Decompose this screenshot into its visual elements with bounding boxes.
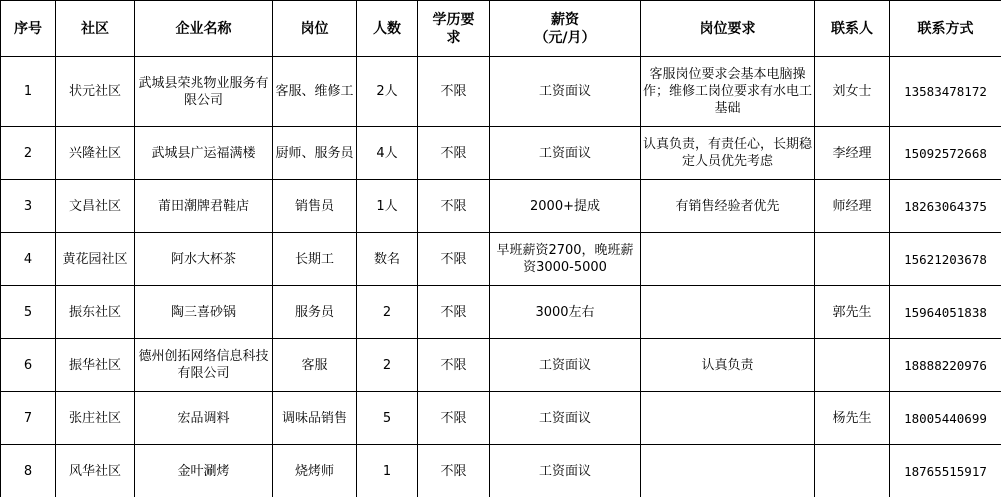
- cell-position: 销售员: [273, 180, 357, 233]
- cell-no: 8: [1, 445, 56, 497]
- cell-count: 2人: [357, 57, 418, 127]
- cell-position: 长期工: [273, 233, 357, 286]
- cell-requirements: [641, 233, 815, 286]
- cell-education: 不限: [418, 339, 490, 392]
- table-row: 8 风华社区 金叶涮烤 烧烤师 1 不限 工资面议 18765515917: [1, 445, 1001, 497]
- cell-no: 3: [1, 180, 56, 233]
- cell-phone: 13583478172: [890, 57, 1001, 127]
- cell-count: 数名: [357, 233, 418, 286]
- cell-education: 不限: [418, 233, 490, 286]
- cell-count: 5: [357, 392, 418, 445]
- cell-education: 不限: [418, 392, 490, 445]
- header-phone: 联系方式: [890, 1, 1001, 57]
- cell-phone: 15621203678: [890, 233, 1001, 286]
- header-position: 岗位: [273, 1, 357, 57]
- header-salary-unit: （元/月）: [492, 29, 638, 47]
- cell-contact: 杨先生: [815, 392, 890, 445]
- cell-no: 6: [1, 339, 56, 392]
- cell-community: 振华社区: [56, 339, 135, 392]
- cell-position: 客服、维修工: [273, 57, 357, 127]
- cell-company: 宏品调料: [135, 392, 273, 445]
- cell-salary: 3000左右: [490, 286, 641, 339]
- cell-requirements: [641, 445, 815, 497]
- cell-count: 4人: [357, 127, 418, 180]
- cell-contact: [815, 233, 890, 286]
- cell-salary: 工资面议: [490, 127, 641, 180]
- cell-no: 2: [1, 127, 56, 180]
- cell-no: 4: [1, 233, 56, 286]
- cell-company: 莆田潮牌君鞋店: [135, 180, 273, 233]
- cell-phone: 18888220976: [890, 339, 1001, 392]
- cell-no: 7: [1, 392, 56, 445]
- cell-community: 兴隆社区: [56, 127, 135, 180]
- cell-salary: 工资面议: [490, 392, 641, 445]
- table-row: 1 状元社区 武城县荣兆物业服务有限公司 客服、维修工 2人 不限 工资面议 客…: [1, 57, 1001, 127]
- cell-count: 1: [357, 445, 418, 497]
- cell-community: 风华社区: [56, 445, 135, 497]
- cell-position: 厨师、服务员: [273, 127, 357, 180]
- cell-salary: 2000+提成: [490, 180, 641, 233]
- cell-community: 文昌社区: [56, 180, 135, 233]
- cell-contact: [815, 339, 890, 392]
- cell-company: 金叶涮烤: [135, 445, 273, 497]
- cell-count: 2: [357, 286, 418, 339]
- cell-education: 不限: [418, 180, 490, 233]
- header-education: 学历要求: [418, 1, 490, 57]
- table-row: 5 振东社区 陶三喜砂锅 服务员 2 不限 3000左右 郭先生 1596405…: [1, 286, 1001, 339]
- cell-education: 不限: [418, 286, 490, 339]
- header-count: 人数: [357, 1, 418, 57]
- header-contact: 联系人: [815, 1, 890, 57]
- cell-contact: 刘女士: [815, 57, 890, 127]
- cell-count: 2: [357, 339, 418, 392]
- table-row: 2 兴隆社区 武城县广运福满楼 厨师、服务员 4人 不限 工资面议 认真负责，有…: [1, 127, 1001, 180]
- cell-phone: 15964051838: [890, 286, 1001, 339]
- cell-requirements: [641, 392, 815, 445]
- cell-requirements: 有销售经验者优先: [641, 180, 815, 233]
- header-salary-label: 薪资: [492, 11, 638, 29]
- cell-no: 5: [1, 286, 56, 339]
- table-row: 7 张庄社区 宏品调料 调味品销售 5 不限 工资面议 杨先生 18005440…: [1, 392, 1001, 445]
- cell-position: 服务员: [273, 286, 357, 339]
- cell-company: 阿水大杯茶: [135, 233, 273, 286]
- cell-no: 1: [1, 57, 56, 127]
- cell-count: 1人: [357, 180, 418, 233]
- cell-community: 黄花园社区: [56, 233, 135, 286]
- cell-company: 武城县荣兆物业服务有限公司: [135, 57, 273, 127]
- cell-salary: 工资面议: [490, 339, 641, 392]
- cell-salary: 早班薪资2700，晚班薪资3000-5000: [490, 233, 641, 286]
- header-requirements: 岗位要求: [641, 1, 815, 57]
- header-company: 企业名称: [135, 1, 273, 57]
- cell-phone: 18005440699: [890, 392, 1001, 445]
- header-no: 序号: [1, 1, 56, 57]
- cell-company: 陶三喜砂锅: [135, 286, 273, 339]
- cell-contact: 李经理: [815, 127, 890, 180]
- cell-phone: 18765515917: [890, 445, 1001, 497]
- cell-community: 振东社区: [56, 286, 135, 339]
- cell-requirements: 认真负责，有责任心，长期稳定人员优先考虑: [641, 127, 815, 180]
- job-listings-table: 序号 社区 企业名称 岗位 人数 学历要求 薪资 （元/月） 岗位要求 联系人 …: [0, 0, 1001, 497]
- cell-phone: 15092572668: [890, 127, 1001, 180]
- table-row: 6 振华社区 德州创拓网络信息科技有限公司 客服 2 不限 工资面议 认真负责 …: [1, 339, 1001, 392]
- header-row: 序号 社区 企业名称 岗位 人数 学历要求 薪资 （元/月） 岗位要求 联系人 …: [1, 1, 1001, 57]
- cell-education: 不限: [418, 445, 490, 497]
- cell-contact: [815, 445, 890, 497]
- cell-position: 客服: [273, 339, 357, 392]
- cell-contact: 郭先生: [815, 286, 890, 339]
- cell-community: 张庄社区: [56, 392, 135, 445]
- cell-community: 状元社区: [56, 57, 135, 127]
- cell-requirements: 客服岗位要求会基本电脑操作；维修工岗位要求有水电工基础: [641, 57, 815, 127]
- cell-contact: 师经理: [815, 180, 890, 233]
- cell-company: 德州创拓网络信息科技有限公司: [135, 339, 273, 392]
- cell-education: 不限: [418, 127, 490, 180]
- cell-position: 烧烤师: [273, 445, 357, 497]
- cell-salary: 工资面议: [490, 57, 641, 127]
- cell-requirements: [641, 286, 815, 339]
- header-community: 社区: [56, 1, 135, 57]
- cell-phone: 18263064375: [890, 180, 1001, 233]
- header-salary: 薪资 （元/月）: [490, 1, 641, 57]
- cell-education: 不限: [418, 57, 490, 127]
- cell-position: 调味品销售: [273, 392, 357, 445]
- cell-requirements: 认真负责: [641, 339, 815, 392]
- cell-company: 武城县广运福满楼: [135, 127, 273, 180]
- table-row: 3 文昌社区 莆田潮牌君鞋店 销售员 1人 不限 2000+提成 有销售经验者优…: [1, 180, 1001, 233]
- cell-salary: 工资面议: [490, 445, 641, 497]
- table-row: 4 黄花园社区 阿水大杯茶 长期工 数名 不限 早班薪资2700，晚班薪资300…: [1, 233, 1001, 286]
